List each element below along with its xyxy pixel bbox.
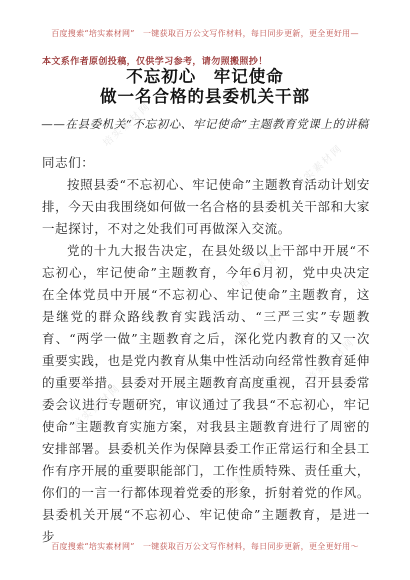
body-paragraph: 按照县委“不忘初心、牢记使命”主题教育活动计划安排，今天由我围绕如何做一名合格的… (42, 174, 370, 240)
document-body: 同志们： 按照县委“不忘初心、牢记使命”主题教育活动计划安排，今天由我围绕如何做… (42, 152, 370, 548)
body-paragraph: 党的十九大报告决定，在县处级以上干部中开展“不忘初心，牢记使命”主题教育，今年6… (42, 240, 370, 548)
document-title-line1: 不忘初心 牢记使命 (0, 67, 410, 87)
top-promo-banner: 百度搜索“培实素材网” 一键获取百万公文写作材料，每日同步更新，更全更好用— (0, 28, 410, 39)
title-block: 不忘初心 牢记使命 做一名合格的县委机关干部 (0, 67, 410, 106)
document-title-line2: 做一名合格的县委机关干部 (0, 87, 410, 107)
document-subtitle: ——在县委机关“不忘初心、牢记使命”主题教育党课上的讲稿 (38, 113, 372, 136)
original-work-notice: 本文系作者原创投稿，仅供学习参考，请勿照搬照抄！ (42, 54, 268, 67)
document-page: 培实素材网 培实素材网 培实素材网 培实素材网 培实素材网 培实素材网 百度搜索… (0, 0, 410, 580)
salutation: 同志们： (42, 152, 370, 174)
bottom-promo-banner: 百度搜索“培实素材网” 一键获取百万公文写作材料，每日同步更新，更全更好用～ (0, 541, 410, 552)
